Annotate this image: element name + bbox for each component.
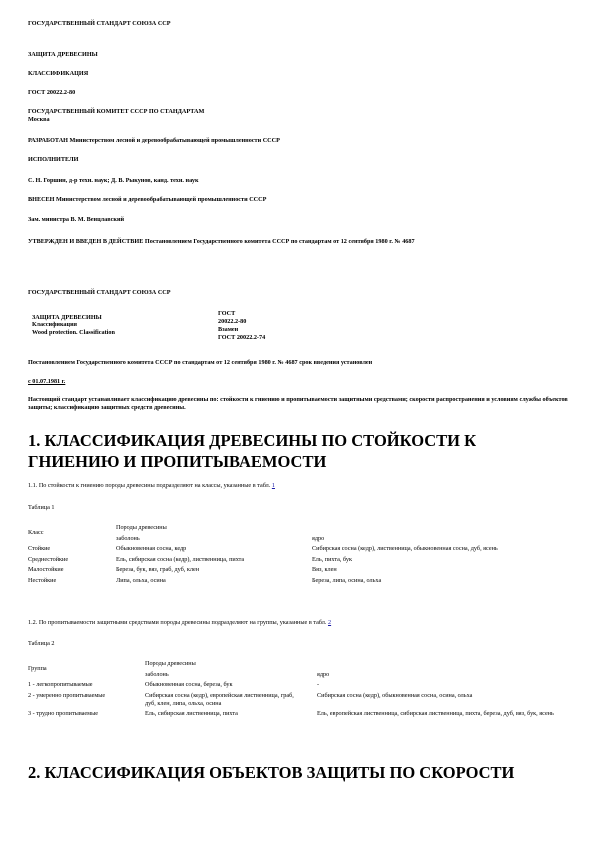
paragraph-1-1: 1.1. По стойкости к гниению породы древе… — [28, 482, 275, 490]
table-row: Малостойкие Береза, бук, вяз, граб, дуб,… — [28, 566, 568, 577]
table-cell: Ель, пихта, бук — [312, 556, 568, 567]
developed-text: Министерством лесной и деревообрабатываю… — [70, 137, 280, 144]
deputy-minister: Зам. министра В. М. Венцлавский — [28, 216, 124, 224]
block-subtitle: Классификация — [32, 321, 77, 329]
block-gost-2: 20022.2-80 — [218, 318, 246, 326]
table-cell: Сибирская сосна (кедр), лиственница, обы… — [312, 545, 568, 556]
approved-text: Постановлением Государственного комитета… — [145, 238, 415, 245]
table-1: Класс Породы древесины заболонь ядро Сто… — [28, 524, 568, 587]
table-2-caption: Таблица 2 — [28, 640, 54, 648]
table-1-header-sapwood: заболонь — [116, 535, 312, 546]
paragraph-1-2-text: 1.2. По пропитываемости защитными средст… — [28, 619, 326, 626]
table-1-header-class: Класс — [28, 524, 116, 545]
table-row: 1 - легкопропитываемые Обыкновенная сосн… — [28, 681, 568, 692]
approved-label: УТВЕРЖДЕН И ВВЕДЕН В ДЕЙСТВИЕ — [28, 238, 143, 245]
introduced-text: Министерством лесной и деревообрабатываю… — [56, 196, 266, 203]
table-cell: Вяз, клен — [312, 566, 568, 577]
section-1-title: 1. КЛАССИФИКАЦИЯ ДРЕВЕСИНЫ ПО СТОЙКОСТИ … — [28, 430, 548, 473]
table-cell: Обыкновенная сосна, кедр — [116, 545, 312, 556]
table-cell: - — [317, 681, 568, 692]
developed-line: РАЗРАБОТАН Министерством лесной и дерево… — [28, 137, 280, 145]
block-gost-3: Взамен — [218, 326, 238, 334]
intro-paragraph: Настоящий стандарт устанавливает классиф… — [28, 396, 568, 412]
table-1-link[interactable]: 1 — [272, 482, 275, 489]
executors-text: С. Н. Горшин, д-р техн. наук; Д. В. Рыку… — [28, 177, 199, 185]
table-2: Группа Породы древесины заболонь ядро 1 … — [28, 660, 568, 721]
table-1-header-group: Породы древесины — [116, 524, 568, 535]
header-state-standard: ГОСУДАРСТВЕННЫЙ СТАНДАРТ СОЮЗА ССР — [28, 20, 171, 28]
gost-number: ГОСТ 20022.2-80 — [28, 89, 75, 97]
effective-date: с 01.07.1981 г. — [28, 378, 65, 386]
table-2-header-species: Породы древесины — [145, 660, 568, 671]
title-classification: КЛАССИФИКАЦИЯ — [28, 70, 88, 78]
table-cell: 1 - легкопропитываемые — [28, 681, 145, 692]
table-cell: Среднестойкие — [28, 556, 116, 567]
table-cell: Ель, европейская лиственница, сибирская … — [317, 710, 568, 721]
table-row: Стойкие Обыкновенная сосна, кедр Сибирск… — [28, 545, 568, 556]
section-2-title: 2. КЛАССИФИКАЦИЯ ОБЪЕКТОВ ЗАЩИТЫ ПО СКОР… — [28, 762, 548, 783]
table-cell: Нестойкие — [28, 577, 116, 588]
table-row: Среднестойкие Ель, сибирская сосна (кедр… — [28, 556, 568, 567]
table-row: Нестойкие Липа, ольха, осина Береза, лип… — [28, 577, 568, 588]
committee: ГОСУДАРСТВЕННЫЙ КОМИТЕТ СССР ПО СТАНДАРТ… — [28, 108, 204, 116]
table-cell: Стойкие — [28, 545, 116, 556]
city: Москва — [28, 116, 50, 124]
table-row: 2 - умеренно пропитываемые Сибирская сос… — [28, 692, 568, 711]
title-wood-protection: ЗАЩИТА ДРЕВЕСИНЫ — [28, 51, 98, 59]
table-cell: Береза, бук, вяз, граб, дуб, клен — [116, 566, 312, 577]
developed-label: РАЗРАБОТАН — [28, 137, 68, 144]
block-gost-1: ГОСТ — [218, 310, 235, 318]
paragraph-1-1-text: 1.1. По стойкости к гниению породы древе… — [28, 482, 270, 489]
introduced-label: ВНЕСЕН — [28, 196, 54, 203]
block-gost-4: ГОСТ 20022.2-74 — [218, 334, 265, 342]
table-cell: Ель, сибирская лиственница, пихта — [145, 710, 317, 721]
introduced-line: ВНЕСЕН Министерством лесной и деревообра… — [28, 196, 266, 204]
paragraph-1-2: 1.2. По пропитываемости защитными средст… — [28, 619, 331, 627]
block-english: Wood protection. Classification — [32, 329, 115, 337]
table-cell: 3 - трудно пропитываемые — [28, 710, 145, 721]
approved-line: УТВЕРЖДЕН И ВВЕДЕН В ДЕЙСТВИЕ Постановле… — [28, 238, 558, 246]
decree: Постановлением Государственного комитета… — [28, 359, 372, 367]
table-2-header-group: Группа — [28, 660, 145, 681]
table-cell: Обыкновенная сосна, береза, бук — [145, 681, 317, 692]
table-cell: 2 - умеренно пропитываемые — [28, 692, 145, 711]
table-cell: Малостойкие — [28, 566, 116, 577]
table-cell: Сибирская сосна (кедр), обыкновенная сос… — [317, 692, 568, 711]
header-state-standard-2: ГОСУДАРСТВЕННЫЙ СТАНДАРТ СОЮЗА ССР — [28, 289, 171, 297]
table-1-header-heartwood: ядро — [312, 535, 568, 546]
table-2-header-heartwood: ядро — [317, 671, 568, 682]
table-cell: Береза, липа, осина, ольха — [312, 577, 568, 588]
table-cell: Сибирская сосна (кедр), европейская лист… — [145, 692, 317, 711]
table-2-header-sapwood: заболонь — [145, 671, 317, 682]
executors-label: ИСПОЛНИТЕЛИ — [28, 156, 78, 164]
table-cell: Ель, сибирская сосна (кедр), лиственница… — [116, 556, 312, 567]
table-1-caption: Таблица 1 — [28, 504, 54, 512]
table-cell: Липа, ольха, осина — [116, 577, 312, 588]
table-2-link[interactable]: 2 — [328, 619, 331, 626]
table-row: 3 - трудно пропитываемые Ель, сибирская … — [28, 710, 568, 721]
